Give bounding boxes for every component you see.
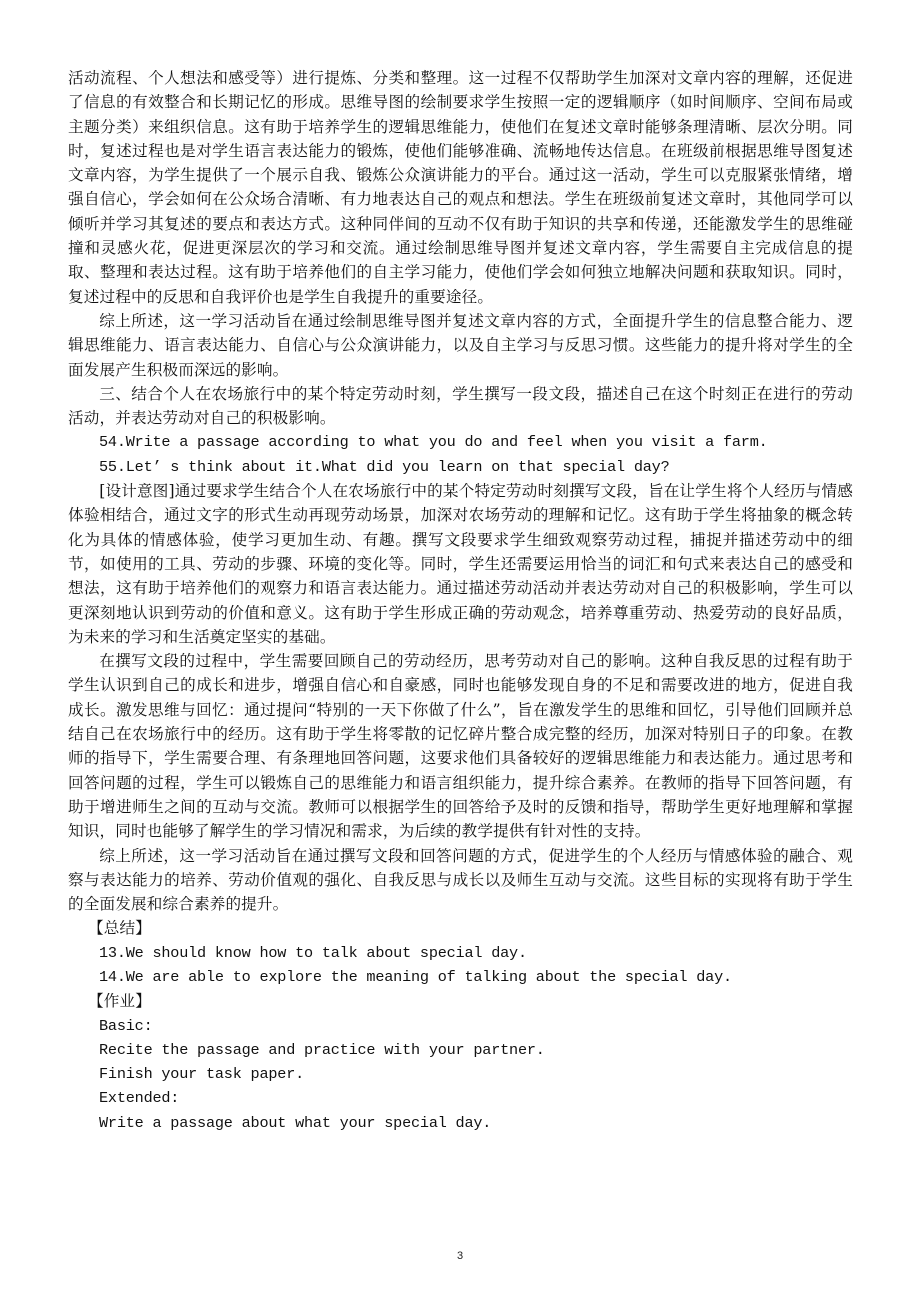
paragraph-reflection: 在撰写文段的过程中，学生需要回顾自己的劳动经历，思考劳动对自己的影响。这种自我反… (68, 649, 853, 843)
homework-extended-item: Write a passage about what your special … (68, 1111, 853, 1135)
document-page: 活动流程、个人想法和感受等）进行提炼、分类和整理。这一过程不仅帮助学生加深对文章… (68, 66, 853, 1135)
homework-heading: 【作业】 (68, 989, 853, 1013)
question-54: 54.Write a passage according to what you… (68, 430, 853, 454)
paragraph-summary-activity-3: 综上所述，这一学习活动旨在通过撰写文段和回答问题的方式，促进学生的个人经历与情感… (68, 844, 853, 917)
page-number: 3 (0, 1250, 920, 1262)
homework-basic-label: Basic: (68, 1014, 853, 1038)
summary-heading: 【总结】 (68, 916, 853, 940)
homework-extended-label: Extended: (68, 1086, 853, 1110)
homework-basic-item: Finish your task paper. (68, 1062, 853, 1086)
paragraph-task-three: 三、结合个人在农场旅行中的某个特定劳动时刻，学生撰写一段文段，描述自己在这个时刻… (68, 382, 853, 431)
homework-basic-item: Recite the passage and practice with you… (68, 1038, 853, 1062)
summary-item-13: 13.We should know how to talk about spec… (68, 941, 853, 965)
paragraph-summary-activity-2: 综上所述，这一学习活动旨在通过绘制思维导图并复述文章内容的方式，全面提升学生的信… (68, 309, 853, 382)
summary-item-14: 14.We are able to explore the meaning of… (68, 965, 853, 989)
paragraph-mindmap-benefits: 活动流程、个人想法和感受等）进行提炼、分类和整理。这一过程不仅帮助学生加深对文章… (68, 66, 853, 309)
question-55: 55.Let’ s think about it.What did you le… (68, 455, 853, 479)
paragraph-design-intent: [设计意图]通过要求学生结合个人在农场旅行中的某个特定劳动时刻撰写文段，旨在让学… (68, 479, 853, 649)
